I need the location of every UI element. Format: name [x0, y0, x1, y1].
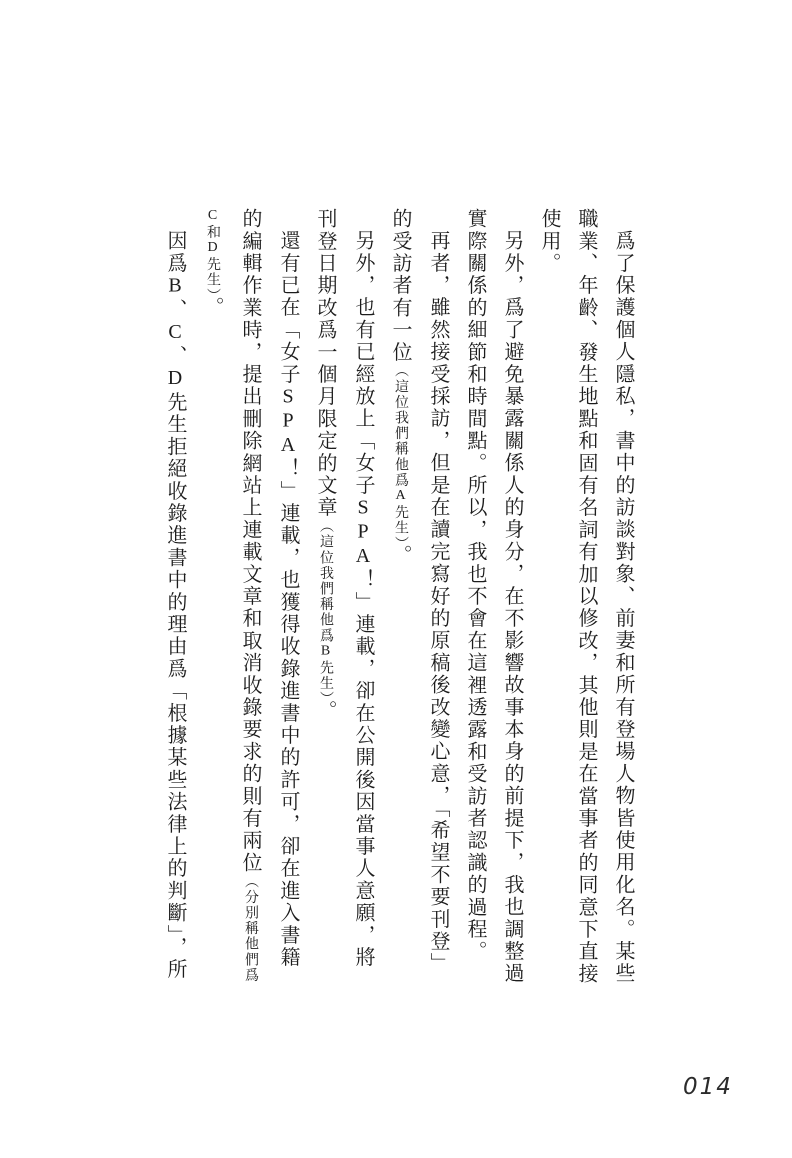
text-segment: 另外，爲了避免暴露關係人的身分，在不影響故事本身的前提下，我也調整過實際關係的細… — [464, 208, 523, 985]
page-number: 014 — [683, 1074, 733, 1100]
inline-annotation: （這位我們稱他爲A先生） — [393, 363, 408, 544]
text-segment: 爲了保護個人隱私，書中的訪談對象、前妻和所有登場人物皆使用化名。某些職業、年齡、… — [538, 208, 634, 985]
paragraph: 另外，爲了避免暴露關係人的身分，在不影響故事本身的前提下，我也調整過實際關係的細… — [456, 208, 530, 986]
text-segment: 。 — [389, 545, 411, 567]
text-segment: 再者，雖然接受採訪，但是在讀完寫好的原稿後改變心意，「希望不要刊登」的受訪者有一… — [389, 208, 449, 975]
text-segment: 因爲B、C、D先生拒絕收錄進書中的理由爲「根據某些法律上的判斷」，所 — [164, 230, 186, 981]
paragraph: 因爲B、C、D先生拒絕收錄進書中的理由爲「根據某些法律上的判斷」，所 — [156, 208, 193, 986]
paragraph: 爲了保護個人隱私，書中的訪談對象、前妻和所有登場人物皆使用化名。某些職業、年齡、… — [530, 208, 641, 986]
text-segment: 。 — [201, 297, 223, 319]
paragraph: 另外，也有已經放上「女子SPA！」連載，卻在公開後因當事人意願，將刊登日期改爲一… — [306, 208, 381, 986]
text-segment: 還有已在「女子SPA！」連載，也獲得收錄進書中的許可，卻在進入書籍的編輯作業時，… — [239, 208, 299, 969]
book-page: 爲了保護個人隱私，書中的訪談對象、前妻和所有登場人物皆使用化名。某些職業、年齡、… — [0, 0, 792, 1158]
paragraph: 還有已在「女子SPA！」連載，也獲得收錄進書中的許可，卻在進入書籍的編輯作業時，… — [193, 208, 306, 986]
text-segment: 。 — [314, 700, 336, 722]
inline-annotation: （這位我們稱他爲B先生） — [318, 519, 333, 700]
body-text: 爲了保護個人隱私，書中的訪談對象、前妻和所有登場人物皆使用化名。某些職業、年齡、… — [156, 208, 641, 986]
paragraph: 再者，雖然接受採訪，但是在讀完寫好的原稿後改變心意，「希望不要刊登」的受訪者有一… — [381, 208, 456, 986]
